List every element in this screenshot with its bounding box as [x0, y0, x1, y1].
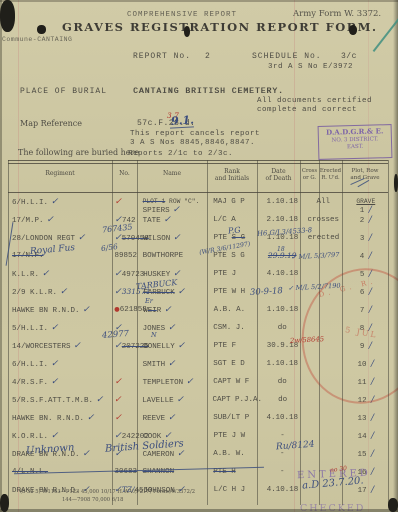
text-span: CAPT P.J.A.	[212, 396, 262, 404]
text-span: ✓	[48, 431, 58, 441]
cancels-line1: This report cancels report	[130, 130, 260, 138]
text-span: ✓	[48, 197, 58, 207]
text-span: ✓	[80, 305, 90, 315]
cell-name: TATE ✓	[139, 211, 211, 229]
col-label: and Initials	[215, 175, 249, 182]
cell-rank: PTE H	[210, 463, 261, 481]
text-span: BOWTHORPE	[143, 252, 184, 260]
text-span: HUSKEY	[143, 271, 170, 279]
cell-date: 1.10.18	[261, 193, 303, 211]
ink-stroke	[170, 126, 194, 129]
text-span: ✓	[165, 323, 175, 333]
commune-label: Commune-CANTAING	[2, 36, 72, 43]
col-label: of Death	[266, 175, 292, 182]
certified-line1: All documents certified	[257, 97, 372, 105]
cell-reg: 6/H.L.I. ✓	[8, 355, 112, 373]
scan-edge-top	[0, 0, 398, 2]
text-span: TATE	[143, 217, 161, 225]
cell-rank: PTE J W	[211, 427, 262, 445]
text-span: SMITH	[143, 361, 166, 369]
col-header-name: Name	[137, 170, 207, 177]
district-stamp-line3: EAST.	[319, 143, 391, 152]
cell-grave: GRAVE1 ∕	[344, 193, 388, 211]
place-of-burial-label: PLACE OF BURIAL	[20, 87, 107, 96]
cell-name: LAVELLE ✓	[138, 391, 209, 409]
col-label: Cross	[302, 168, 317, 174]
cell-rank: MAJ G P	[210, 193, 261, 211]
text-span: ∕	[369, 251, 372, 261]
text-span: erected	[308, 234, 340, 242]
col-header-rank: Rankand Initials	[207, 168, 257, 182]
text-span: 1.10.18	[266, 198, 298, 206]
text-span: ✓	[84, 413, 94, 423]
scan-blob	[37, 25, 46, 34]
handwriting-note: Er	[145, 297, 153, 305]
text-span: 2.10.18	[266, 216, 298, 224]
cell-rank: L/C H J	[211, 481, 262, 499]
text-span: ✓	[80, 449, 90, 459]
col-header-cross: Crossor G.	[300, 168, 319, 182]
text-span: ✓	[44, 215, 54, 225]
cell-rank: PTE J	[211, 265, 262, 283]
cell-no: ✓49723	[112, 265, 139, 283]
text-span: K.O.R.L.	[12, 433, 48, 441]
cell-grave: 3 ∕	[344, 229, 388, 247]
cell-rank: CAPT W F	[210, 373, 261, 391]
text-span: ✓	[165, 413, 175, 423]
text-span: L/C A	[213, 216, 236, 224]
text-span: -	[280, 468, 285, 476]
cell-grave: 2 ∕	[344, 211, 388, 229]
text-span: crosses	[308, 216, 340, 224]
text-span: DONELLY	[143, 343, 175, 351]
cell-no	[112, 355, 138, 373]
schedule-no-value: 3/c	[341, 52, 357, 61]
text-span: ✓	[114, 269, 122, 279]
text-span: do	[278, 396, 287, 404]
district-stamp: D.A.D.G.R.& E. NO. 3 DISTRICT. EAST.	[318, 124, 393, 160]
text-span: A.B. A.	[214, 306, 246, 314]
text-span: 13	[358, 415, 372, 423]
cell-reg: 14/WORCESTERS ✓	[8, 337, 112, 355]
cell-name: REEVE ✓	[139, 409, 211, 427]
cell-grave: 13 ∕	[344, 409, 388, 427]
graves-registration-form: COMPREHENSIVE REPORT Army Form W. 3372. …	[0, 0, 398, 512]
table-column-line	[207, 160, 208, 505]
text-span: do	[278, 324, 287, 332]
scan-blob	[349, 25, 357, 35]
text-span: ✓	[175, 341, 185, 351]
text-span: 2	[360, 217, 369, 225]
text-span: ✓	[161, 215, 171, 225]
text-span: CAPT W F	[213, 378, 249, 386]
cell-reg: 4/R.S.F. ✓	[8, 373, 112, 391]
cell-rank: PTE F	[211, 337, 262, 355]
cancels-line2: 3 A S Nos 8845,8846,8847.	[130, 139, 255, 147]
text-span: ∕	[371, 449, 374, 459]
cell-rank: CSM. J.	[210, 319, 261, 337]
col-label: Rank	[224, 168, 240, 175]
text-span: ✓	[75, 233, 85, 243]
cell-rank: SUB/LT P	[210, 409, 261, 427]
table-row: 6/H.L.I. ✓✓PLOT 1 ROW "C".SPIERS ✓MAJ G …	[8, 193, 388, 211]
text-span: ✓	[114, 395, 122, 405]
text-span: FARBUCK	[143, 289, 175, 297]
handwriting-note: P.G	[228, 225, 241, 235]
text-span: 15	[358, 451, 372, 459]
cell-reg: 6/H.L.I. ✓	[8, 193, 112, 211]
text-span: ✓	[114, 197, 122, 207]
text-span: CSM. J.	[213, 324, 245, 332]
text-span: CAMERON	[143, 451, 175, 459]
comprehensive-report-label: COMPREHENSIVE REPORT	[127, 11, 237, 19]
cell-grave: 14 ∕	[344, 427, 388, 445]
handwriting-note: 42977	[102, 329, 130, 341]
text-span: GRAVE	[356, 198, 375, 205]
col-label: Date	[271, 168, 285, 175]
text-span: ✓	[161, 305, 171, 315]
reports-range: Reports 2/1c to 2/3c.	[128, 150, 233, 158]
cell-name: PLOT 1 ROW "C".SPIERS ✓	[139, 193, 211, 211]
cell-name: SMITH ✓	[139, 355, 211, 373]
cell-reg: K.L.R. ✓	[8, 265, 112, 283]
text-span: TEMPLETON	[143, 379, 184, 387]
cell-date: do	[262, 391, 303, 409]
text-span: ∕	[371, 485, 374, 495]
cell-rank: CAPT P.J.A.	[209, 391, 262, 409]
certified-line2: complete and correct	[257, 106, 357, 114]
text-span: ✓	[175, 287, 185, 297]
text-span: 17	[358, 487, 372, 495]
cell-reg: 5/H.L.I. ✓	[8, 319, 112, 337]
text-span: ROW "C".	[165, 198, 199, 205]
text-span: ∕	[369, 233, 372, 243]
following-buried-label: The following are buried here	[18, 148, 139, 157]
table-column-line	[8, 160, 9, 505]
cell-date: 1.10.18	[261, 355, 303, 373]
cell-date: 4.10.18	[262, 265, 303, 283]
col-header-plot: Plot, Rowand Grave	[342, 168, 388, 182]
text-span: 14/WORCESTERS	[12, 343, 71, 351]
text-span: ✓	[183, 377, 193, 387]
text-span: 1.10.18	[267, 306, 299, 314]
text-span: ✓	[170, 233, 180, 243]
text-span: ✓	[165, 359, 175, 369]
text-span: ✓	[114, 431, 122, 441]
text-span: -	[280, 432, 285, 440]
cell-no: ✓	[112, 391, 138, 409]
text-span: 28/LONDON REGT	[12, 235, 75, 243]
text-span: 4/R.S.F.	[12, 379, 48, 387]
table-column-line	[388, 160, 389, 505]
text-span: do	[278, 378, 287, 386]
text-span: 6/H.L.I.	[12, 361, 48, 369]
text-span: ✓	[48, 377, 58, 387]
text-span: SUB/LT P	[213, 414, 249, 422]
text-span: 4.10.18	[267, 486, 299, 494]
text-span: 4.10.18	[266, 414, 298, 422]
text-span: ✓	[93, 395, 103, 405]
scan-blob	[184, 26, 190, 37]
text-span: K.L.R.	[12, 271, 39, 279]
handwriting-note: 18	[277, 246, 285, 253]
text-span: SGT E D	[213, 360, 245, 368]
cell-no: ✓	[112, 373, 138, 391]
cell-reg: 5/R.S.F.ATT.T.M.B. ✓	[8, 391, 112, 409]
col-label: R. U'd.	[321, 175, 339, 181]
cell-rank: A.B. W.	[210, 445, 261, 463]
text-span: EI	[148, 307, 157, 315]
col-label: Plot, Row	[351, 168, 378, 174]
schedule-sub: 3rd A S No E/3972	[268, 63, 353, 71]
col-label: or G.	[303, 175, 316, 181]
cell-date: 4.10.18	[262, 481, 303, 499]
cell-reg: HAWKE BN R.N.D. ✓	[8, 301, 112, 319]
handwriting-note: 9.1.	[171, 113, 195, 127]
text-span: ✓	[39, 269, 49, 279]
text-span: HAWKE BN. R.N.D.	[12, 415, 84, 423]
table-row: 17/M.P. ✓✓742TATE ✓L/C A2.10.18crosses2 …	[8, 211, 388, 229]
checked-stamp: CHECKED	[300, 503, 365, 512]
text-span: 14	[358, 433, 372, 441]
scan-blob	[0, 0, 15, 32]
table-border	[8, 163, 388, 164]
col-label: and Grave	[350, 175, 379, 181]
col-label: Name	[163, 170, 181, 177]
text-span: 5/R.S.F.ATT.T.M.B.	[12, 397, 93, 405]
text-span: 4.10.18	[267, 270, 299, 278]
cell-reg: 17/M.P. ✓	[8, 211, 112, 229]
footer-print-line1: (8 32 5) W1163—P123 45,000 10/17 H.W.V.(…	[20, 489, 195, 495]
cell-reg: HAWKE BN. R.N.D. ✓	[8, 409, 112, 427]
report-no-value: 2	[205, 52, 210, 61]
col-header-regiment: Regiment	[8, 170, 112, 177]
cell-date: 1.10.18	[262, 301, 303, 319]
text-span: ✓	[114, 341, 122, 351]
text-span: PTE F	[214, 342, 237, 350]
col-header-erected: ErectedR. U'd.	[319, 168, 342, 182]
cell-no: ✓	[112, 193, 138, 211]
text-span: PLOT 1	[143, 198, 166, 205]
text-span: ✓	[174, 449, 184, 459]
text-span: 6/H.L.I.	[12, 199, 48, 207]
cell-grave: 4 ∕	[344, 247, 388, 265]
cell-cross: All	[303, 193, 344, 211]
text-span: A.B. W.	[213, 450, 245, 458]
handwriting-note: 30-9-18	[250, 286, 283, 298]
text-span: L/C H J	[214, 486, 246, 494]
text-span: PTE J W	[214, 432, 246, 440]
table-row: HAWKE BN. R.N.D. ✓✓REEVE ✓SUB/LT P4.10.1…	[8, 409, 388, 427]
text-span: 5/H.L.I.	[12, 325, 48, 333]
cell-no: ✓	[112, 409, 138, 427]
text-span: PTE J	[214, 270, 237, 278]
text-span: ∕	[371, 413, 374, 423]
form-title: GRAVES REGISTRATION REPORT FORM.	[62, 20, 362, 34]
cell-name: JONES ✓	[139, 319, 211, 337]
text-span: PTE W H	[214, 288, 246, 296]
army-form-number: Army Form W. 3372.	[293, 9, 381, 19]
text-span: 4	[360, 253, 369, 261]
cell-rank: A.B. A.	[211, 301, 262, 319]
place-of-burial-value: CANTAING BRITISH CEMETERY.	[133, 87, 284, 96]
col-label: No.	[119, 170, 130, 177]
scan-blob	[0, 494, 9, 512]
table-column-line	[300, 160, 301, 505]
cell-reg: 2/9 K.L.R. ✓	[8, 283, 112, 301]
text-span: 17/M.P.	[12, 217, 44, 225]
schedule-no-label: SCHEDULE No.	[252, 52, 322, 61]
cell-date: do	[261, 373, 303, 391]
scan-edge-right	[393, 0, 398, 512]
handwriting-note: N	[151, 331, 157, 339]
cell-name: WILSON ✓	[139, 229, 210, 247]
text-span: ∕	[371, 431, 374, 441]
report-no-label: REPORT No.	[133, 52, 191, 61]
scan-edge-left	[0, 0, 2, 512]
text-span: ✓	[48, 359, 58, 369]
text-span: ∕	[369, 215, 372, 225]
cell-rank: SGT E D	[210, 355, 261, 373]
cell-name: TEMPLETON ✓	[139, 373, 211, 391]
text-span: MAJ G P	[213, 198, 245, 206]
footer-print-line2: 144—7908 70,000 6/18	[62, 497, 123, 503]
table-column-line	[257, 160, 258, 505]
col-header-date: Dateof Death	[257, 168, 300, 182]
col-label: Erected	[320, 168, 341, 174]
text-span: WILSON	[143, 235, 170, 243]
cell-name: SHANNON	[139, 463, 211, 481]
cell-date: 4.10.18	[261, 409, 303, 427]
table-column-line	[137, 160, 138, 505]
text-span: REEVE	[143, 415, 166, 423]
text-span: 89852	[114, 252, 137, 260]
cell-name: DONELLY ✓	[139, 337, 210, 355]
map-reference-label: Map Reference	[20, 119, 82, 128]
cell-no: ●621858	[112, 301, 139, 319]
text-span: ✓	[114, 287, 122, 297]
col-label: Regiment	[45, 170, 74, 177]
text-span: ✓	[48, 323, 58, 333]
text-span: 2/9 K.L.R.	[12, 289, 57, 297]
text-span: 3	[360, 235, 369, 243]
table-column-line	[319, 160, 320, 505]
text-span: HAWKE BN R.N.D.	[12, 307, 80, 315]
text-span: LAVELLE	[142, 397, 174, 405]
text-span: ✓	[57, 287, 67, 297]
text-span: ✓	[114, 377, 122, 387]
text-span: ✓	[174, 395, 184, 405]
text-span: ∕	[371, 467, 374, 477]
cell-no: 30683	[112, 463, 138, 481]
text-span: ✓	[71, 341, 81, 351]
table-border	[8, 160, 388, 161]
text-span: ✓	[114, 413, 122, 423]
scan-blob	[394, 174, 398, 192]
text-span: 1.10.18	[266, 360, 298, 368]
scan-blob	[388, 498, 398, 512]
cell-grave: 15 ∕	[344, 445, 388, 463]
table-column-line	[342, 160, 343, 505]
cell-date: do	[261, 319, 303, 337]
cell-cross	[303, 409, 344, 427]
col-header-no: No.	[112, 170, 137, 177]
